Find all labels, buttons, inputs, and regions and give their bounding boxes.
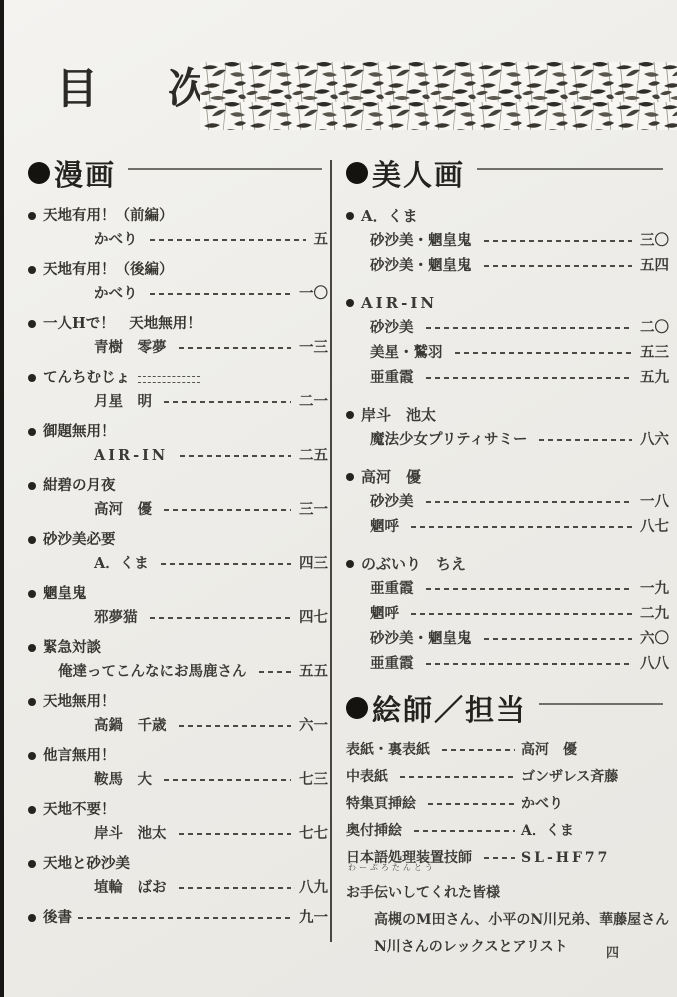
work-page-number: 一九 bbox=[640, 579, 669, 599]
dot-leader bbox=[161, 563, 291, 565]
entry-title: 天地有用！（前編） bbox=[43, 206, 174, 226]
bullet-icon bbox=[28, 320, 36, 328]
artist-name: 岸斗 池太 bbox=[361, 405, 436, 425]
work-page-number: 五三 bbox=[640, 343, 669, 363]
section-title: 漫画 bbox=[54, 153, 116, 194]
dot-leader bbox=[164, 779, 291, 781]
work-title: 美星・鷲羽 bbox=[370, 343, 443, 363]
entry-author: 埴輪 ばお bbox=[94, 878, 167, 898]
dot-leader bbox=[426, 501, 633, 503]
toc-entry: 緊急対談 俺達ってこんなにお馬鹿さん五五 bbox=[28, 638, 328, 682]
dot-leader bbox=[180, 455, 291, 457]
dot-leader bbox=[428, 803, 515, 805]
work-title: 砂沙美・魍皇鬼 bbox=[370, 256, 472, 276]
manga-section-header: 漫画 bbox=[28, 156, 328, 190]
bullet-icon bbox=[28, 644, 36, 652]
header-rule bbox=[477, 168, 663, 170]
entry-page-number: 六一 bbox=[299, 716, 328, 736]
toc-entry: 天地有用！（前編） かべり五 bbox=[28, 206, 328, 250]
entry-title: 紺碧の月夜 bbox=[43, 476, 116, 496]
section-bullet-icon bbox=[346, 697, 368, 719]
entry-page-number: 四三 bbox=[299, 554, 328, 574]
entry-title: 魍皇鬼 bbox=[43, 584, 87, 604]
dot-leader bbox=[150, 293, 292, 295]
entry-page-number: 一三 bbox=[299, 338, 328, 358]
entry-author: 鞍馬 大 bbox=[94, 770, 152, 790]
bullet-icon bbox=[346, 411, 354, 419]
bullet-icon bbox=[28, 752, 36, 760]
entry-author: 邪夢猫 bbox=[94, 608, 138, 628]
work-page-number: 八七 bbox=[640, 517, 669, 537]
credit-name: ゴンザレス斉藤 bbox=[521, 768, 669, 786]
dot-leader bbox=[179, 347, 292, 349]
entry-author: 月星 明 bbox=[94, 392, 152, 412]
artist-section: 岸斗 池太 魔法少女プリティサミー八六 bbox=[346, 405, 669, 450]
toc-entry: 天地有用！（後編） かべり一〇 bbox=[28, 260, 328, 304]
entry-author: AIR-IN bbox=[94, 446, 168, 466]
dot-leader bbox=[78, 917, 291, 919]
dot-leader bbox=[484, 240, 633, 242]
credit-row: 表紙・裏表紙高河 優 bbox=[346, 741, 669, 759]
artist-name: AIR-IN bbox=[361, 293, 437, 313]
column-divider bbox=[330, 160, 332, 942]
artist-section: A．くま 砂沙美・魍皇鬼三〇 砂沙美・魍皇鬼五四 bbox=[346, 206, 669, 276]
entry-page-number: 九一 bbox=[299, 908, 328, 928]
section-bullet-icon bbox=[28, 162, 50, 184]
bullet-icon bbox=[28, 536, 36, 544]
credit-role: 特集頁挿絵 bbox=[346, 795, 416, 813]
credit-role: 奥付挿絵 bbox=[346, 822, 402, 840]
bullet-icon bbox=[28, 806, 36, 814]
credit-name: A．くま bbox=[521, 822, 669, 840]
bullet-icon bbox=[346, 560, 354, 568]
bullet-icon bbox=[28, 266, 36, 274]
dot-leader bbox=[426, 588, 633, 590]
entry-author: A．くま bbox=[94, 554, 149, 574]
bullet-icon bbox=[346, 299, 354, 307]
entry-author: 青樹 零夢 bbox=[94, 338, 167, 358]
toc-entry: 砂沙美必要 A．くま四三 bbox=[28, 530, 328, 574]
work-page-number: 五九 bbox=[640, 368, 669, 388]
work-page-number: 五四 bbox=[640, 256, 669, 276]
entry-author: 高鍋 千歳 bbox=[94, 716, 167, 736]
page-title: 目 次 bbox=[56, 56, 224, 116]
bijinga-section-header: 美人画 bbox=[346, 156, 669, 190]
dot-leader bbox=[150, 239, 306, 241]
toc-page: 目 次 bbox=[0, 0, 677, 997]
dot-leader bbox=[179, 725, 292, 727]
dot-leader bbox=[442, 749, 515, 751]
work-title: 亜重霞 bbox=[370, 579, 414, 599]
squiggle-mark bbox=[138, 376, 200, 383]
bullet-icon bbox=[346, 473, 354, 481]
artist-name: 高河 優 bbox=[361, 467, 421, 487]
credit-role-furigana: わーぷろたんとう bbox=[348, 859, 436, 877]
bullet-icon bbox=[28, 698, 36, 706]
bullet-icon bbox=[28, 590, 36, 598]
header-rule bbox=[539, 703, 663, 705]
entry-title: 緊急対談 bbox=[43, 638, 101, 658]
bijinga-column: 美人画 A．くま 砂沙美・魍皇鬼三〇 砂沙美・魍皇鬼五四 AIR-IN 砂沙美二… bbox=[336, 156, 669, 942]
credit-role: 表紙・裏表紙 bbox=[346, 741, 430, 759]
toc-entry: 天地と砂沙美 埴輪 ばお八九 bbox=[28, 854, 328, 898]
work-page-number: 二〇 bbox=[640, 318, 669, 338]
work-page-number: 八八 bbox=[640, 654, 669, 674]
bullet-icon bbox=[28, 374, 36, 382]
work-title: 砂沙美 bbox=[370, 318, 414, 338]
entry-author: かべり bbox=[94, 284, 138, 304]
dot-leader bbox=[539, 439, 632, 441]
work-title: 砂沙美・魍皇鬼 bbox=[370, 231, 472, 251]
section-title: 美人画 bbox=[372, 153, 465, 194]
dot-leader bbox=[426, 663, 633, 665]
section-title: 絵師／担当 bbox=[372, 688, 527, 729]
toc-entry: 天地不要！ 岸斗 池太七七 bbox=[28, 800, 328, 844]
thanks-block: お手伝いしてくれた皆様 高槻のM田さん、小平のN川兄弟、華藤屋さん N川さんのレ… bbox=[346, 882, 669, 956]
toc-entry: 天地無用！ 高鍋 千歳六一 bbox=[28, 692, 328, 736]
toc-entry: 一人Hで！ 天地無用！ 青樹 零夢一三 bbox=[28, 314, 328, 358]
dot-leader bbox=[426, 327, 633, 329]
thanks-line: N川さんのレックスとアリスト bbox=[374, 936, 669, 956]
toc-content: 漫画 天地有用！（前編） かべり五 天地有用！（後編） かべり一〇 一人Hで！ … bbox=[28, 156, 669, 942]
work-title: 砂沙美 bbox=[370, 492, 414, 512]
credit-row: 日本語処理装置技師わーぷろたんとうSL-HF77 bbox=[346, 849, 669, 867]
artist-section: のぶいり ちえ 亜重霞一九 魍呼二九 砂沙美・魍皇鬼六〇 亜重霞八八 bbox=[346, 554, 669, 674]
entry-page-number: 二五 bbox=[299, 446, 328, 466]
entry-page-number: 二一 bbox=[299, 392, 328, 412]
credit-row: 特集頁挿絵かべり bbox=[346, 795, 669, 813]
artist-name: のぶいり ちえ bbox=[361, 554, 466, 574]
credit-row: 中表紙ゴンザレス斉藤 bbox=[346, 768, 669, 786]
entry-title: 後書 bbox=[43, 908, 72, 928]
toc-entry: 魍皇鬼 邪夢猫四七 bbox=[28, 584, 328, 628]
credit-name: SL-HF77 bbox=[521, 849, 669, 867]
entry-title: 天地と砂沙美 bbox=[43, 854, 130, 874]
dot-leader bbox=[426, 377, 633, 379]
toc-entry: 他言無用！ 鞍馬 大七三 bbox=[28, 746, 328, 790]
entry-title: 他言無用！ bbox=[43, 746, 116, 766]
artist-section: 高河 優 砂沙美一八 魍呼八七 bbox=[346, 467, 669, 537]
dot-leader bbox=[150, 617, 292, 619]
entry-page-number: 三一 bbox=[299, 500, 328, 520]
dot-leader bbox=[411, 613, 632, 615]
dot-leader bbox=[164, 509, 291, 511]
credits-section-header: 絵師／担当 bbox=[346, 691, 669, 725]
entry-page-number: 五 bbox=[314, 230, 329, 250]
bullet-icon bbox=[28, 212, 36, 220]
work-title: 魍呼 bbox=[370, 517, 399, 537]
work-page-number: 三〇 bbox=[640, 231, 669, 251]
bamboo-pattern bbox=[200, 62, 677, 130]
dot-leader bbox=[484, 265, 633, 267]
entry-author: かべり bbox=[94, 230, 138, 250]
bullet-icon bbox=[28, 860, 36, 868]
toc-entry: 御題無用！ AIR-IN二五 bbox=[28, 422, 328, 466]
dot-leader bbox=[164, 401, 291, 403]
entry-title: 天地無用！ bbox=[43, 692, 116, 712]
thanks-line: 高槻のM田さん、小平のN川兄弟、華藤屋さん bbox=[374, 909, 669, 929]
entry-subtitle: 俺達ってこんなにお馬鹿さん bbox=[58, 662, 247, 682]
dot-leader bbox=[179, 833, 292, 835]
credit-name: 高河 優 bbox=[521, 741, 669, 759]
entry-page-number: 一〇 bbox=[299, 284, 328, 304]
dot-leader bbox=[259, 671, 292, 673]
credit-name: かべり bbox=[521, 795, 669, 813]
scan-edge bbox=[0, 0, 4, 997]
artist-name: A．くま bbox=[361, 206, 418, 226]
work-title: 砂沙美・魍皇鬼 bbox=[370, 629, 472, 649]
work-title: 魔法少女プリティサミー bbox=[370, 430, 527, 450]
credits-section: 絵師／担当 表紙・裏表紙高河 優 中表紙ゴンザレス斉藤 特集頁挿絵かべり 奥付挿… bbox=[346, 691, 669, 956]
work-title: 亜重霞 bbox=[370, 368, 414, 388]
credit-role: 中表紙 bbox=[346, 768, 388, 786]
bullet-icon bbox=[28, 914, 36, 922]
entry-title: 天地不要！ bbox=[43, 800, 116, 820]
manga-column: 漫画 天地有用！（前編） かべり五 天地有用！（後編） かべり一〇 一人Hで！ … bbox=[28, 156, 328, 942]
dot-leader bbox=[411, 526, 632, 528]
bullet-icon bbox=[28, 482, 36, 490]
entry-title: 天地有用！（後編） bbox=[43, 260, 174, 280]
entry-title: 砂沙美必要 bbox=[43, 530, 116, 550]
entry-title: 御題無用！ bbox=[43, 422, 116, 442]
folio-page-number: 四 bbox=[606, 942, 619, 961]
dot-leader bbox=[484, 638, 633, 640]
dot-leader bbox=[179, 887, 292, 889]
bullet-icon bbox=[28, 428, 36, 436]
dot-leader bbox=[455, 352, 633, 354]
thanks-label: お手伝いしてくれた皆様 bbox=[346, 882, 669, 902]
toc-entry: てんちむじょ 月星 明二一 bbox=[28, 368, 328, 412]
entry-author: 高河 優 bbox=[94, 500, 152, 520]
entry-page-number: 七七 bbox=[299, 824, 328, 844]
dot-leader bbox=[484, 857, 515, 859]
work-title: 魍呼 bbox=[370, 604, 399, 624]
section-bullet-icon bbox=[346, 162, 368, 184]
entry-title: てんちむじょ bbox=[43, 368, 130, 388]
work-page-number: 六〇 bbox=[640, 629, 669, 649]
bullet-icon bbox=[346, 212, 354, 220]
entry-page-number: 五五 bbox=[299, 662, 328, 682]
entry-page-number: 四七 bbox=[299, 608, 328, 628]
work-title: 亜重霞 bbox=[370, 654, 414, 674]
credit-role: 日本語処理装置技師わーぷろたんとう bbox=[346, 849, 472, 867]
toc-entry: 紺碧の月夜 高河 優三一 bbox=[28, 476, 328, 520]
entry-title: 一人Hで！ 天地無用！ bbox=[43, 314, 202, 334]
work-page-number: 一八 bbox=[640, 492, 669, 512]
dot-leader bbox=[400, 776, 515, 778]
entry-author: 岸斗 池太 bbox=[94, 824, 167, 844]
entry-page-number: 八九 bbox=[299, 878, 328, 898]
work-page-number: 八六 bbox=[640, 430, 669, 450]
work-page-number: 二九 bbox=[640, 604, 669, 624]
entry-page-number: 七三 bbox=[299, 770, 328, 790]
header-rule bbox=[128, 168, 322, 170]
artist-section: AIR-IN 砂沙美二〇 美星・鷲羽五三 亜重霞五九 bbox=[346, 293, 669, 388]
credit-row: 奥付挿絵A．くま bbox=[346, 822, 669, 840]
toc-entry: 後書九一 bbox=[28, 908, 328, 928]
dot-leader bbox=[414, 830, 515, 832]
